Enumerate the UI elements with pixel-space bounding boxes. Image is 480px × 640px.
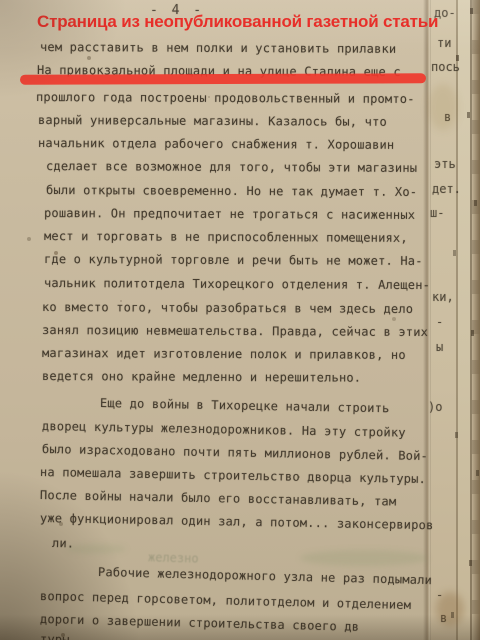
red-underline-highlight — [20, 73, 426, 84]
typed-line: Рабочие железнодорожного узла не раз под… — [98, 565, 432, 587]
edge-fragment: дет. — [432, 182, 461, 196]
typed-line: уже функционировал один зал, а потом... … — [40, 511, 434, 532]
edge-fragment: ти — [437, 36, 451, 50]
edge-fragment: в — [440, 611, 447, 625]
edge-fragment: )о — [428, 400, 442, 414]
page-edge-texture — [0, 0, 3, 6]
typed-line: сделает все возможное для того, чтобы эт… — [46, 159, 417, 175]
typed-line: мест и торговать в не приспособленных по… — [44, 229, 408, 245]
typed-line: где о культурной торговле и речи быть не… — [44, 252, 423, 268]
typed-line: чальник политотдела Тихорецкого отделени… — [44, 276, 430, 292]
main-page-fold-crease — [423, 0, 431, 640]
typed-line: прошлого года построены продовольственны… — [36, 90, 415, 106]
page-edge-crease — [456, 0, 458, 640]
edge-fragment: ш- — [430, 206, 444, 220]
typed-line: магазинах идет изготовление полок и прил… — [42, 346, 406, 362]
edge-fragment: в — [444, 110, 451, 124]
typed-line: рошавин. Он предпочитает не трогаться с … — [44, 206, 415, 222]
typed-line: После войны начали было его восстанавлив… — [40, 488, 397, 509]
edge-fragment: ки, — [432, 290, 454, 304]
typed-line: было израсходовано почти пять миллионов … — [42, 442, 428, 463]
page-edge-crease — [470, 0, 472, 640]
typed-line: занял позицию невмешательства. Правда, с… — [42, 323, 428, 339]
document-photo: - 4 - чем расставить в нем полки и устан… — [0, 0, 480, 640]
green-smudge — [300, 550, 428, 566]
typed-line: ли. — [52, 536, 75, 551]
edge-fragment: - — [436, 315, 443, 329]
edge-fragment: - — [436, 588, 443, 602]
typed-line: туры. — [40, 632, 77, 640]
underlying-page-strip — [430, 0, 458, 640]
edge-fragment: ы — [436, 340, 443, 354]
edge-fragment: пось — [431, 60, 460, 74]
typed-line: ко вместо того, чтобы разобраться в чем … — [42, 300, 413, 316]
bleed-through-text: железно — [148, 550, 199, 565]
annotation-caption: Страница из неопубликованной газетной ст… — [37, 12, 437, 32]
page-stack-dark-edge — [472, 0, 480, 640]
typed-line: варный универсальные магазины. Казалось … — [38, 113, 387, 129]
typed-line: дороги о завершении строительства своего… — [40, 612, 360, 634]
typed-line: чем расставить в нем полки и установить … — [40, 40, 396, 56]
typed-line: дворец культуры железнодорожников. На эт… — [42, 419, 406, 440]
typed-line: начальник отдела рабочего снабжения т. Х… — [38, 136, 394, 152]
edge-fragment: эть — [434, 157, 456, 171]
typed-line: Еще до войны в Тихорецке начали строить — [100, 396, 390, 415]
green-smudge — [66, 544, 126, 554]
typed-line: вопрос перед горсоветом, политотделом и … — [40, 589, 411, 612]
typed-line: ведется оно крайне медленно и нерешитель… — [42, 369, 361, 385]
typed-line: были открыты своевременно. Но не так дум… — [46, 183, 417, 199]
typed-line: на помешала завершить строительство двор… — [40, 465, 426, 486]
